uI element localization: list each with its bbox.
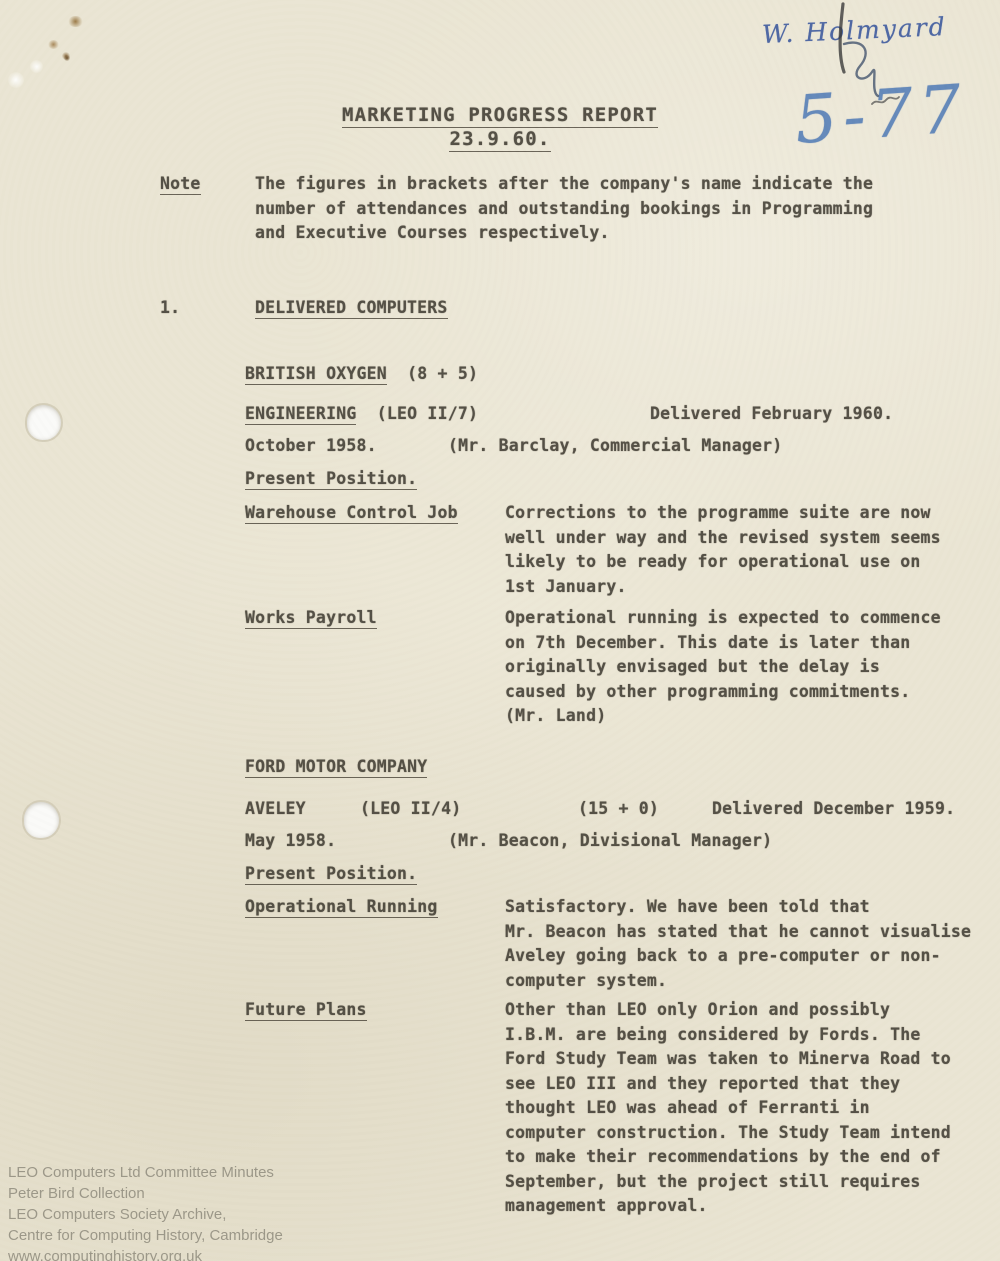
job-label: Warehouse Control Job (245, 501, 458, 526)
delivered-date: Delivered February 1960. (650, 402, 893, 427)
order-date: May 1958. (245, 829, 336, 854)
job-text: Other than LEO only Orion and possibly I… (505, 998, 980, 1219)
job-label: Future Plans (245, 998, 367, 1023)
report-date: 23.9.60. (0, 127, 1000, 152)
punch-hole-top (27, 405, 61, 440)
course-brackets: (15 + 0) (578, 797, 659, 822)
delivered-date: Delivered December 1959. (712, 797, 955, 822)
machine-id: (LEO II/4) (360, 797, 461, 822)
archive-watermark: LEO Computers Ltd Committee Minutes Pete… (8, 1162, 283, 1261)
stain-speck (8, 72, 24, 88)
watermark-line: LEO Computers Ltd Committee Minutes (8, 1162, 283, 1183)
watermark-line: Peter Bird Collection (8, 1183, 283, 1204)
stain-speck (48, 40, 59, 49)
stain-speck (68, 16, 83, 27)
job-label: Works Payroll (245, 606, 377, 631)
stain-speck (30, 60, 43, 73)
order-date: October 1958. (245, 434, 377, 459)
note-text: The figures in brackets after the compan… (255, 172, 885, 246)
watermark-line: www.computinghistory.org.uk (8, 1246, 283, 1261)
present-position-heading: Present Position. (245, 467, 417, 492)
scanned-document-page: W. Holmyard 5-77 MARKETING PROGRESS REPO… (0, 0, 1000, 1261)
course-brackets: (8 + 5) (407, 364, 478, 383)
page-title: MARKETING PROGRESS REPORT (0, 103, 1000, 128)
job-text: Satisfactory. We have been told that Mr.… (505, 895, 980, 993)
company-heading-ford: FORD MOTOR COMPANY (245, 755, 427, 780)
contact-person: (Mr. Beacon, Divisional Manager) (448, 829, 772, 854)
machine-id: (LEO II/7) (377, 404, 478, 423)
note-label: Note (160, 172, 201, 197)
stain-speck (64, 55, 70, 61)
section-heading: DELIVERED COMPUTERS (255, 296, 448, 321)
company-heading-british-oxygen: BRITISH OXYGEN (8 + 5) (245, 362, 478, 387)
contact-person: (Mr. Barclay, Commercial Manager) (448, 434, 782, 459)
handwritten-name: W. Holmyard (761, 12, 947, 49)
present-position-heading: Present Position. (245, 862, 417, 887)
job-label: Operational Running (245, 895, 438, 920)
watermark-line: LEO Computers Society Archive, (8, 1204, 283, 1225)
stain-speck (62, 52, 70, 60)
watermark-line: Centre for Computing History, Cambridge (8, 1225, 283, 1246)
section-number: 1. (160, 296, 180, 321)
job-text: Operational running is expected to comme… (505, 606, 975, 729)
punch-hole-bottom (24, 802, 59, 838)
department-line: ENGINEERING (LEO II/7) (245, 402, 478, 427)
job-text: Corrections to the programme suite are n… (505, 501, 975, 599)
site-name: AVELEY (245, 797, 306, 822)
